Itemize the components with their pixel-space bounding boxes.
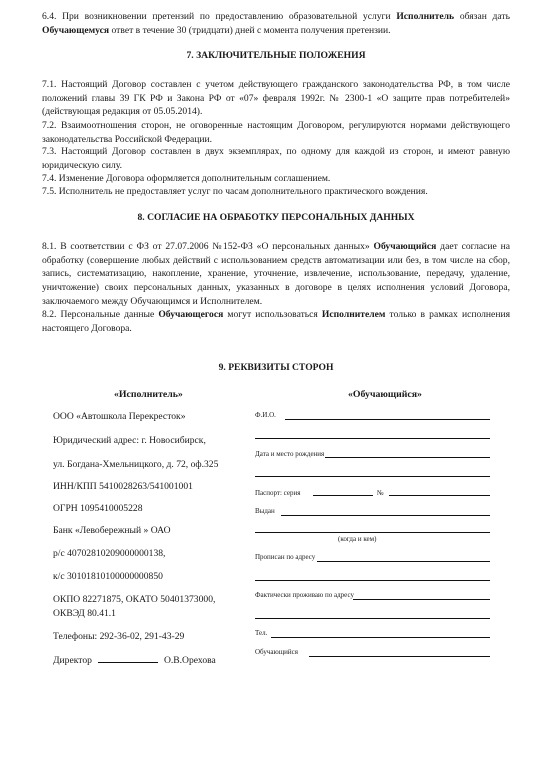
issued-field-continued[interactable]: [255, 532, 490, 533]
executor-street: ул. Богдана-Хмельницкого, д. 72, оф.325: [53, 459, 218, 470]
birth-label: Дата и место рождения: [255, 450, 325, 458]
executor-phones: Телефоны: 292-36-02, 291-43-29: [53, 631, 184, 642]
clause-8-2-text: 8.2. Персональные данные: [42, 309, 158, 320]
executor-director-row: ДиректорО.В.Орехова: [53, 654, 216, 666]
actual-address-continued[interactable]: [255, 618, 490, 619]
executor-okpo-okato: ОКПО 82271875, ОКАТО 50401373000,: [53, 594, 215, 605]
student-signature-label: Обучающийся: [255, 648, 299, 656]
actual-address-label: Фактически проживаю по адресу: [255, 591, 355, 599]
director-signature-line[interactable]: [98, 654, 158, 663]
executor-corr-account: к/с 30101810100000000850: [53, 571, 163, 582]
fio-field[interactable]: [285, 419, 490, 420]
director-label: Директор: [53, 655, 92, 666]
actual-address-field[interactable]: [353, 599, 490, 600]
student-details: Ф.И.О. Дата и место рождения Паспорт: се…: [255, 0, 490, 782]
passport-number-label: №: [377, 489, 385, 497]
fio-label: Ф.И.О.: [255, 411, 277, 419]
passport-number-field[interactable]: [389, 495, 490, 496]
registered-address-label: Прописан по адресу: [255, 553, 316, 561]
fio-field-continued[interactable]: [255, 438, 490, 439]
executor-legal-address: Юридический адрес: г. Новосибирск,: [53, 435, 206, 446]
birth-field[interactable]: [323, 457, 490, 458]
issued-label: Выдан: [255, 507, 276, 515]
passport-series-label: Паспорт: серия: [255, 489, 301, 497]
issued-hint: (когда и кем): [338, 535, 377, 543]
student-bold: Обучающегося: [158, 309, 223, 320]
director-name: О.В.Орехова: [164, 655, 216, 666]
executor-heading: «Исполнитель»: [114, 389, 183, 400]
student-signature-field[interactable]: [309, 656, 490, 657]
executor-company: ООО «Автошкола Перекресток»: [53, 411, 186, 422]
registered-address-field[interactable]: [317, 561, 490, 562]
passport-series-field[interactable]: [313, 495, 373, 496]
executor-inn-kpp: ИНН/КПП 5410028263/541001001: [53, 481, 193, 492]
executor-ogrn: ОГРН 1095410005228: [53, 503, 143, 514]
executor-okved: ОКВЭД 80.41.1: [53, 608, 116, 619]
phone-label: Тел.: [255, 629, 268, 637]
executor-bank: Банк «Левобережный » ОАО: [53, 525, 171, 536]
issued-field[interactable]: [281, 515, 490, 516]
registered-address-continued[interactable]: [255, 580, 490, 581]
phone-field[interactable]: [271, 637, 490, 638]
birth-field-continued[interactable]: [255, 476, 490, 477]
student-bold: Обучающемуся: [42, 25, 109, 36]
contract-page: 6.4. При возникновении претензий по пред…: [0, 0, 552, 782]
executor-account: р/с 40702810209000000138,: [53, 548, 165, 559]
